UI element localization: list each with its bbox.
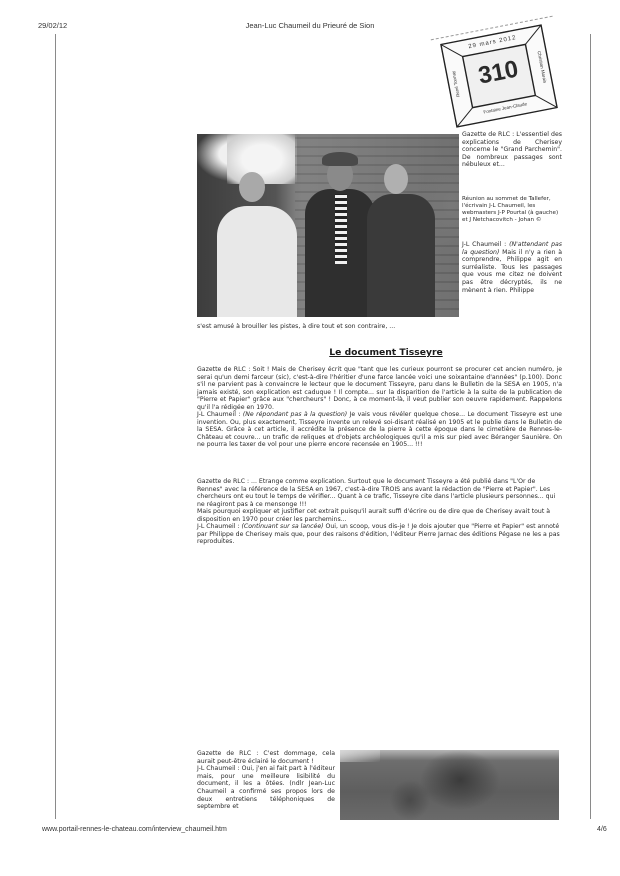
chaumeil-answer: J-L Chaumeil : (Ne répondant pas à la qu… [197,411,562,449]
gazette-question-followup: Mais pourquoi expliquer et justifier cet… [197,508,562,523]
chaumeil-answer: J-L Chaumeil : Oui, j'en ai fait part à … [197,765,335,811]
side-chaumeil-answer: J-L Chaumeil : (N'attendant pas la quest… [462,241,562,294]
photo-caption: Réunion au sommet de Tallefer, l'écrivai… [462,196,562,224]
archive-stamp: 29 mars 2012 310 Fontaine Jean-Claude Re… [440,24,558,128]
gazette-question: Gazette de RLC : C'est dommage, cela aur… [197,750,335,765]
gazette-question: Gazette de RLC : ... Etrange comme expli… [197,478,562,508]
page-border-right [590,34,591,819]
interview-block-1: Gazette de RLC : Soit ! Mais de Cherisey… [197,366,562,449]
side-gazette-question: Gazette de RLC : L'essentiel des explica… [462,131,562,169]
interview-block-3: Gazette de RLC : C'est dommage, cela aur… [197,750,335,811]
print-url: www.portail-rennes-le-chateau.com/interv… [42,826,227,833]
person-left [217,206,297,317]
page-border-left [55,34,56,819]
interview-block-2: Gazette de RLC : ... Etrange comme expli… [197,478,562,546]
section-heading: Le document Tisseyre [0,347,620,358]
photo-document-closeup [340,750,559,820]
photo-three-men [197,134,459,317]
gazette-question: Gazette de RLC : Soit ! Mais de Cherisey… [197,366,562,411]
chaumeil-answer: J-L Chaumeil : (Continuant sur sa lancée… [197,523,562,546]
answer-continuation: s'est amusé à brouiller les pistes, à di… [197,323,395,330]
print-page-number: 4/6 [597,826,607,833]
person-right [367,194,435,317]
